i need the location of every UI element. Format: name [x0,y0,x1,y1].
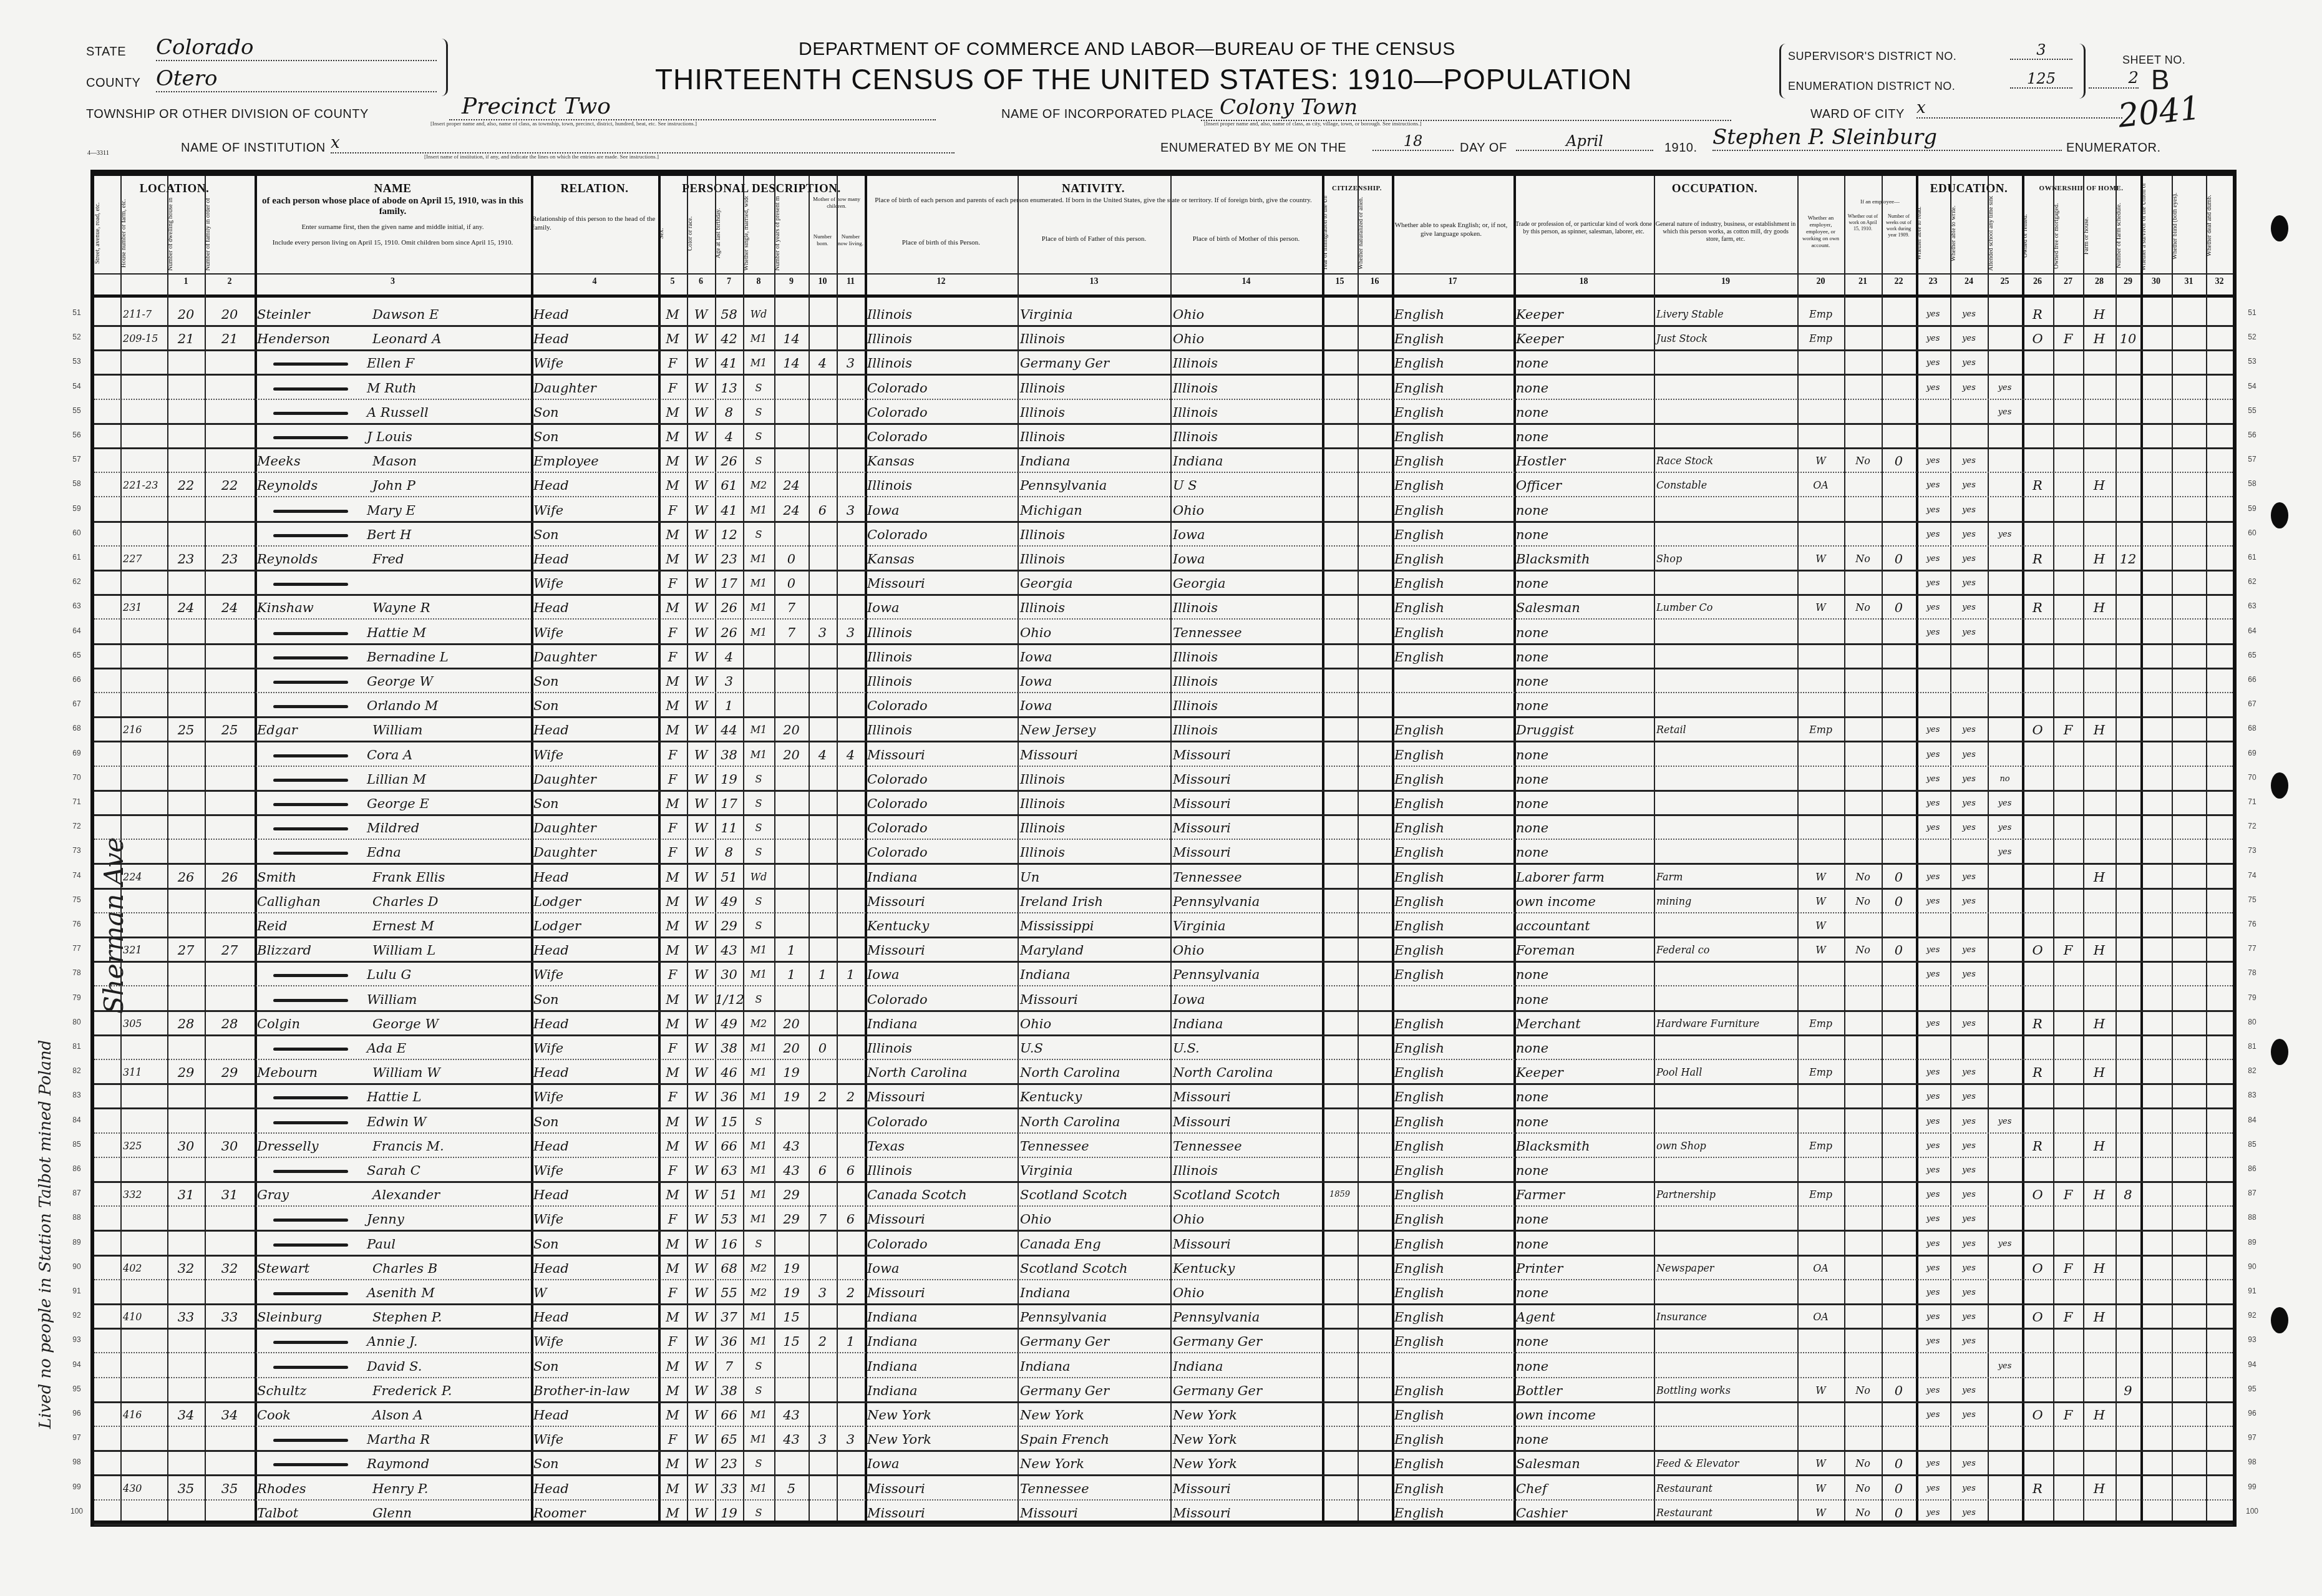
trade-cell: Chef [1513,1475,1654,1499]
years-married-header: Number of years of present marriage. [774,196,809,271]
industry-cell: Farm [1654,864,1797,888]
mortgage-header: Owned free or mortgaged. [2053,201,2083,271]
lang-cell: English [1392,1279,1513,1303]
marital-cell: M2 [743,1279,774,1303]
read-cell: yes [1916,497,1950,521]
bpm-cell: Tennessee [1170,619,1322,643]
age-cell: 7 [715,1353,743,1377]
yrs-cell: 15 [774,1328,809,1352]
bpf-cell: Illinois [1018,814,1170,839]
line-number: 93 [2243,1335,2261,1344]
emp-cell: W [1797,1377,1844,1401]
color-cell: W [687,1426,715,1450]
read-cell: yes [1916,374,1950,399]
line-number: 99 [67,1482,86,1491]
emp-cell: OA [1797,472,1844,496]
family-cell: 26 [205,864,255,888]
column-number: 30 [2140,277,2172,287]
age-cell: 38 [715,741,743,766]
relation-cell: Son [531,1108,658,1132]
given-name: Alexander [372,1187,440,1202]
trade-cell: none [1513,1328,1654,1352]
school-cell: yes [1988,1230,2022,1255]
relation-cell: Head [531,1132,658,1157]
age-cell: 1 [715,692,743,716]
color-cell: W [687,1010,715,1034]
yrs-cell: 24 [774,472,809,496]
given-name: Hattie M [367,625,426,640]
house-cell: 224 [120,864,167,888]
bp-cell: Missouri [865,1083,1018,1107]
institution-note: [Insert name of institution, if any, and… [424,153,659,160]
bpf-cell: Germany Ger [1018,1377,1170,1401]
sched-cell: 8 [2116,1181,2140,1205]
read-cell: yes [1916,1377,1950,1401]
living-cell: 4 [837,741,865,766]
table-row: 209-152121HendersonLeonard AHeadMW42M114… [94,325,2233,351]
bpf-cell: Tennessee [1018,1132,1170,1157]
yrs-cell: 24 [774,497,809,521]
line-number: 57 [2243,455,2261,464]
relation-cell: Daughter [531,839,658,863]
line-number: 78 [67,968,86,977]
table-row: George WSonMW3IllinoisIowaIllinoisnone [94,668,2233,693]
trade-cell: Keeper [1513,325,1654,349]
line-number: 77 [67,944,86,953]
bp-cell: Colorado [865,521,1018,545]
dwelling-cell: 35 [167,1475,205,1499]
line-number: 56 [67,431,86,439]
table-row: 3253030DressellyFrancis M.HeadMW66M143Te… [94,1132,2233,1158]
living-cell: 3 [837,349,865,374]
table-row: 3052828ColginGeorge WHeadMW49M220Indiana… [94,1010,2233,1036]
bpf-cell: Un [1018,864,1170,888]
bpf-cell: Illinois [1018,325,1170,349]
read-cell: yes [1916,594,1950,618]
incorporated-place-label: Name of incorporated place [1001,107,1213,122]
line-number: 59 [67,504,86,513]
owned-cell: R [2022,1059,2053,1083]
school-cell: yes [1988,399,2022,423]
marital-header: Whether single, married, widowed, or div… [743,196,774,271]
weeks-cell: 0 [1882,1499,1916,1524]
given-name: Sarah C [367,1163,420,1178]
age-cell: 49 [715,888,743,912]
age-cell: 19 [715,766,743,790]
industry-cell: own Shop [1654,1132,1797,1157]
surname: Mebourn [257,1059,372,1083]
line-number: 74 [2243,871,2261,880]
township-field: Precinct Two [449,94,936,120]
marital-cell: M1 [743,961,774,985]
dwelling-cell: 25 [167,716,205,741]
write-cell: yes [1950,1377,1988,1401]
age-cell: 17 [715,790,743,814]
given-name: William [367,992,417,1007]
age-cell: 43 [715,937,743,961]
living-cell: 3 [837,619,865,643]
color-cell: W [687,1083,715,1107]
owned-cell: O [2022,1303,2053,1328]
color-cell: W [687,766,715,790]
marital-cell: M1 [743,1303,774,1328]
bpf-cell: Pennsylvania [1018,472,1170,496]
line-number: 81 [2243,1042,2261,1051]
bpf-cell: New York [1018,1401,1170,1426]
sched-cell: 12 [2116,545,2140,570]
write-cell: yes [1950,594,1988,618]
marital-cell: M1 [743,716,774,741]
bpm-cell: Ohio [1170,325,1322,349]
sex-cell: M [658,1475,687,1499]
owned-cell: R [2022,545,2053,570]
house-cell: 216 [120,716,167,741]
read-cell: yes [1916,472,1950,496]
sex-cell: M [658,716,687,741]
weeks-cell: 0 [1882,545,1916,570]
line-number: 95 [67,1384,86,1393]
write-cell: yes [1950,814,1988,839]
ditto-dash [273,1366,348,1369]
given-name: Dawson E [372,307,439,322]
line-number: 78 [2243,968,2261,977]
read-cell: yes [1916,1401,1950,1426]
group-nativity: NATIVITY. [865,182,1322,196]
dwelling-cell: 27 [167,937,205,961]
ditto-dash [273,803,348,806]
read-cell: yes [1916,716,1950,741]
color-cell: W [687,1499,715,1524]
marital-cell: M2 [743,472,774,496]
marital-cell: Wd [743,301,774,325]
ditto-dash [273,1170,348,1173]
school-header: Attended school any time since Sept. 1, … [1988,196,2022,271]
farm-cell: H [2083,1303,2116,1328]
column-number: 11 [837,277,865,287]
given-name: Mary E [367,503,415,518]
write-cell: yes [1950,790,1988,814]
age-cell: 41 [715,497,743,521]
marital-cell: S [743,790,774,814]
bp-cell: Illinois [865,716,1018,741]
relation-cell: Wife [531,1034,658,1059]
sex-cell: M [658,301,687,325]
age-cell: 26 [715,619,743,643]
bp-cell: Illinois [865,1034,1018,1059]
lang-cell: English [1392,1083,1513,1107]
state-county-brace [440,39,448,96]
out-cell: No [1844,888,1882,912]
relation-cell: Head [531,325,658,349]
name-cell: Edna [255,839,531,863]
emp-cell: OA [1797,1303,1844,1328]
relation-cell: Head [531,937,658,961]
line-number: 70 [2243,773,2261,782]
color-header: Color or race. [687,196,715,271]
line-number: 77 [2243,944,2261,953]
lang-cell: English [1392,1328,1513,1352]
write-cell: yes [1950,1499,1988,1524]
given-name: Frank Ellis [372,870,445,885]
given-name: J Louis [367,429,412,444]
line-number: 92 [67,1311,86,1320]
relation-cell: Head [531,1010,658,1034]
surname: Gray [257,1181,372,1205]
relation-cell: Son [531,399,658,423]
marital-cell: M1 [743,1083,774,1107]
write-cell: yes [1950,888,1988,912]
lang-cell: English [1392,423,1513,447]
bpf-cell: Illinois [1018,545,1170,570]
dwelling-cell: 34 [167,1401,205,1426]
sex-cell: M [658,912,687,937]
column-number: 25 [1988,277,2022,287]
family-cell: 29 [205,1059,255,1083]
yrs-cell: 7 [774,619,809,643]
sex-cell: F [658,961,687,985]
weeks-cell: 0 [1882,937,1916,961]
bpm-cell: Ohio [1170,497,1322,521]
color-cell: W [687,716,715,741]
emp-cell: Emp [1797,1059,1844,1083]
bpm-cell: Missouri [1170,814,1322,839]
name-cell: SteinlerDawson E [255,301,531,325]
relation-cell: Head [531,472,658,496]
given-name: Paul [367,1237,396,1252]
relation-cell: Head [531,1401,658,1426]
read-cell: yes [1916,1475,1950,1499]
yrs-cell: 29 [774,1181,809,1205]
marital-cell: S [743,423,774,447]
yrs-cell: 19 [774,1255,809,1279]
read-cell: yes [1916,545,1950,570]
relation-cell: Daughter [531,374,658,399]
given-name: Edwin W [367,1114,426,1129]
bp-cell: Illinois [865,325,1018,349]
living-cell: 3 [837,1426,865,1450]
line-number: 64 [67,626,86,635]
family-cell: 25 [205,716,255,741]
sex-cell: F [658,1205,687,1230]
column-number: 15 [1322,277,1358,287]
table-row: 211-72020SteinlerDawson EHeadMW58WdIllin… [94,301,2233,327]
color-cell: W [687,1328,715,1352]
dwelling-cell: 30 [167,1132,205,1157]
yrs-cell: 0 [774,570,809,594]
ditto-dash [273,705,348,708]
trade-cell: Agent [1513,1303,1654,1328]
line-number: 83 [2243,1091,2261,1099]
color-cell: W [687,790,715,814]
color-cell: W [687,325,715,349]
house-cell: 231 [120,594,167,618]
given-name: John P [372,478,415,493]
relation-cell: Wife [531,961,658,985]
read-cell: yes [1916,1255,1950,1279]
supervisor-district-field: 3 [2010,41,2072,60]
industry-cell: mining [1654,888,1797,912]
given-name: Mildred [367,820,419,835]
color-cell: W [687,912,715,937]
relation-cell: Wife [531,570,658,594]
age-cell: 55 [715,1279,743,1303]
bp-cell: Iowa [865,594,1018,618]
trade-cell: none [1513,570,1654,594]
bpf-cell: Indiana [1018,961,1170,985]
sex-cell: M [658,447,687,472]
relation-cell: Head [531,594,658,618]
marital-cell: S [743,766,774,790]
sex-cell: M [658,1108,687,1132]
given-name: Francis M. [372,1139,444,1154]
name-cell: Ellen F [255,349,531,374]
write-cell: yes [1950,741,1988,766]
bp-cell: Illinois [865,619,1018,643]
group-citizenship: CITIZENSHIP. [1322,185,1392,192]
name-cell: M Ruth [255,374,531,399]
farm-cell: H [2083,1181,2116,1205]
bpm-cell: Illinois [1170,594,1322,618]
line-number: 81 [67,1042,86,1051]
line-number: 76 [2243,920,2261,928]
house-cell: 311 [120,1059,167,1083]
trade-cell: Blacksmith [1513,545,1654,570]
trade-cell: none [1513,790,1654,814]
blind-header: Whether blind (both eyes). [2172,181,2206,271]
ditto-dash [273,1463,348,1466]
marital-cell: M1 [743,937,774,961]
table-row: TalbotGlennRoomerMW19SMissouriMissouriMi… [94,1499,2233,1525]
sex-cell: M [658,1450,687,1474]
bpm-cell: Kentucky [1170,1255,1322,1279]
age-cell: 4 [715,643,743,668]
age-cell: 53 [715,1205,743,1230]
read-cell: yes [1916,325,1950,349]
ditto-dash [273,1292,348,1295]
trade-header: Trade or profession of, or particular ki… [1513,220,1654,237]
industry-cell: Just Stock [1654,325,1797,349]
marital-cell: S [743,1377,774,1401]
yrs-cell: 1 [774,937,809,961]
name-cell: SleinburgStephen P. [255,1303,531,1328]
trade-cell: none [1513,1205,1654,1230]
line-number: 84 [2243,1116,2261,1124]
color-cell: W [687,888,715,912]
bpm-cell: Missouri [1170,766,1322,790]
industry-cell: Lumber Co [1654,594,1797,618]
sex-cell: F [658,643,687,668]
color-cell: W [687,1230,715,1255]
table-row: PaulSonMW16SColoradoCanada EngMissouriEn… [94,1230,2233,1257]
marital-cell: Wd [743,864,774,888]
lang-cell: English [1392,1426,1513,1450]
relation-cell: Roomer [531,1499,658,1524]
read-cell: yes [1916,790,1950,814]
yrs-cell: 19 [774,1083,809,1107]
farm-header: Farm or house. [2083,201,2116,271]
given-name: Charles D [372,894,439,909]
sex-cell: M [658,1499,687,1524]
group-location: LOCATION. [94,182,255,196]
column-number: 26 [2022,277,2053,287]
owned-cell: R [2022,1475,2053,1499]
age-header: Age at last birthday. [715,196,743,271]
line-number: 61 [67,553,86,562]
bpm-cell: Pennsylvania [1170,888,1322,912]
sex-cell: M [658,399,687,423]
read-cell: yes [1916,1059,1950,1083]
column-number: 32 [2206,277,2233,287]
bpm-cell: Germany Ger [1170,1328,1322,1352]
marital-cell: S [743,399,774,423]
read-cell: yes [1916,1450,1950,1474]
line-number: 66 [67,675,86,684]
industry-cell: Insurance [1654,1303,1797,1328]
surname: Colgin [257,1010,372,1034]
mortgage-cell: F [2053,1181,2083,1205]
bpf-cell: Spain French [1018,1426,1170,1450]
line-number: 62 [2243,577,2261,586]
ditto-dash [273,1121,348,1124]
bpf-cell: U.S [1018,1034,1170,1059]
age-cell: 23 [715,1450,743,1474]
column-number: 10 [809,277,837,287]
marital-cell: M1 [743,741,774,766]
surname: Rhodes [257,1475,372,1499]
bpm-cell: Illinois [1170,423,1322,447]
relation-cell: Son [531,986,658,1010]
name-cell [255,570,531,594]
color-cell: W [687,447,715,472]
out-cell: No [1844,1377,1882,1401]
lang-cell: English [1392,594,1513,618]
bpf-cell: Virginia [1018,1157,1170,1181]
dwelling-cell: 21 [167,325,205,349]
color-cell: W [687,472,715,496]
name-cell: ColginGeorge W [255,1010,531,1034]
given-name: Hattie L [367,1089,421,1104]
given-name: George W [372,1016,439,1031]
surname: Henderson [257,325,372,349]
line-number: 96 [67,1409,86,1418]
industry-cell: Livery Stable [1654,301,1797,325]
emp-cell: Emp [1797,1181,1844,1205]
column-number: 7 [715,277,743,287]
given-name: Stephen P. [372,1310,442,1325]
table-row: Lulu GWifeFW30M1111IowaIndianaPennsylvan… [94,961,2233,986]
sex-cell: M [658,790,687,814]
age-cell: 37 [715,1303,743,1328]
read-cell: yes [1916,961,1950,985]
born-cell: 3 [809,619,837,643]
bpf-cell: Virginia [1018,301,1170,325]
write-cell: yes [1950,1181,1988,1205]
yrs-cell: 20 [774,1010,809,1034]
sex-cell: M [658,668,687,692]
table-row: 2272323ReynoldsFredHeadMW23M10KansasIlli… [94,545,2233,572]
group-personal: PERSONAL DESCRIPTION. [658,182,865,196]
house-cell: 211-7 [120,301,167,325]
write-cell: yes [1950,1205,1988,1230]
color-cell: W [687,864,715,888]
write-cell: yes [1950,497,1988,521]
emp-cell: W [1797,937,1844,961]
bp-cell: Missouri [865,1499,1018,1524]
name-cell: Annie J. [255,1328,531,1352]
mortgage-cell: F [2053,716,2083,741]
marital-cell: S [743,1230,774,1255]
owned-cell: O [2022,1181,2053,1205]
